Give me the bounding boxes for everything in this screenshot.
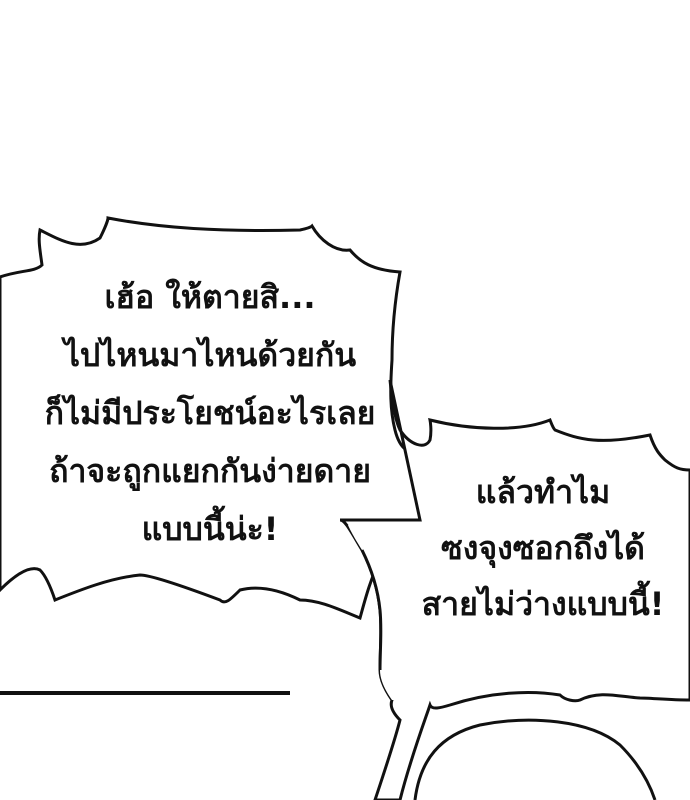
speech-bubble-left-text: เฮ้อ ให้ตายสิ... ไปไหนมาไหนด้วยกัน ก็ไม่… xyxy=(30,268,390,558)
character-head-outline xyxy=(415,720,655,800)
bubble-line: ถ้าจะถูกแยกกันง่ายดาย xyxy=(30,442,390,500)
bubble-line: ไปไหนมาไหนด้วยกัน xyxy=(30,326,390,384)
speech-bubble-right-text: แล้วทำไม ซงจุงซอกถึงได้ สายไม่ว่างแบบนี้… xyxy=(398,464,688,632)
bubble-line: แล้วทำไม xyxy=(398,464,688,520)
bubble-line: เฮ้อ ให้ตายสิ... xyxy=(30,268,390,326)
bubble-line: ก็ไม่มีประโยชน์อะไรเลย xyxy=(30,384,390,442)
bubble-line: แบบนี้น่ะ! xyxy=(30,500,390,558)
bubble-line: สายไม่ว่างแบบนี้! xyxy=(398,576,688,632)
bubble-line: ซงจุงซอกถึงได้ xyxy=(398,520,688,576)
comic-panel: เฮ้อ ให้ตายสิ... ไปไหนมาไหนด้วยกัน ก็ไม่… xyxy=(0,0,690,800)
